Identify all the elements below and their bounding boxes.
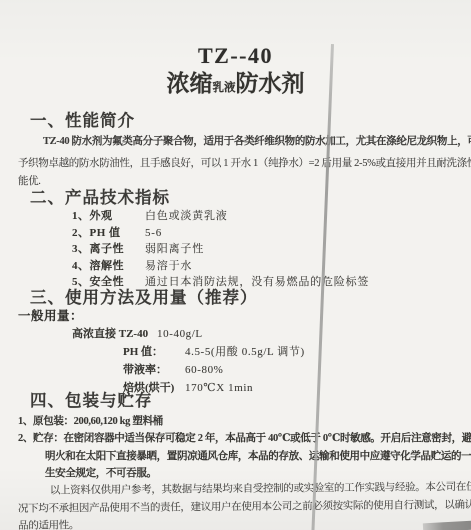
usage-value: 170℃X 1min	[185, 379, 253, 397]
performance-paragraph-line-3: 能优.	[18, 175, 471, 188]
spec-value: 易溶于水	[145, 258, 192, 275]
usage-value: 4.5-5(用酸 0.5g/L 调节)	[185, 343, 305, 361]
product-code-title: TZ--40	[0, 43, 471, 69]
usage-value: 10-40g/L	[157, 325, 203, 343]
usage-label: PH 值：	[123, 343, 185, 361]
section-heading-performance: 一、性能简介	[30, 111, 471, 131]
spec-row-ph: 2、PH 值 5-6	[0, 225, 471, 242]
scan-corner-artifact	[423, 521, 471, 530]
spec-label: 3、离子性	[72, 241, 145, 258]
spec-value: 弱阳离子性	[145, 241, 204, 258]
spec-label: 4、溶解性	[72, 258, 145, 275]
usage-value: 60-80%	[185, 361, 223, 379]
usage-label: 带液率：	[123, 361, 185, 379]
spec-value: 5-6	[145, 225, 162, 242]
packaging-line-3: 明火和在太阳下直接暴晒，置阴凉通风仓库，本品的存放、运输和使用中应遵守化学品贮运…	[18, 448, 471, 466]
spec-label: 1、外观	[72, 208, 145, 225]
spec-row-appearance: 1、外观 白色或淡黄乳液	[0, 208, 471, 225]
usage-row-ph: PH 值： 4.5-5(用酸 0.5g/L 调节)	[0, 343, 471, 361]
usage-row-dosage: 高浓直接 TZ-40 10-40g/L	[0, 325, 471, 343]
performance-paragraph-line-1: TZ-40 防水剂为氟类高分子聚合物，适用于各类纤维织物的防水加工，尤其在涤纶尼…	[18, 131, 471, 153]
packaging-line-2: 2、贮存：在密闭容器中适当保存可稳定 2 年，本品高于 40℃或低于 0℃时敏感…	[18, 430, 471, 448]
disclaimer-paragraph: 以上资料仅供用户参考，其数据与结果均来自受控制的或实验室的工作实践与经验。本公司…	[0, 478, 471, 530]
usage-subheading: 一般用量：	[18, 308, 471, 325]
spec-label: 2、PH 值	[72, 225, 145, 242]
usage-row-liquor-rate: 带液率： 60-80%	[0, 361, 471, 379]
performance-paragraph-line-2: 予织物卓越的防水防油性，且手感良好，可以 1 开水 1（纯挣水）=2 后用量 2…	[18, 153, 471, 175]
usage-label: 高浓直接 TZ-40	[72, 325, 157, 343]
subtitle-suffix: 防水剂	[236, 71, 305, 96]
product-name-title: 浓缩乳液防水剂	[0, 69, 471, 103]
subtitle-prefix: 浓缩	[167, 71, 213, 96]
spec-row-ionicity: 3、离子性 弱阳离子性	[0, 241, 471, 258]
packaging-line-1: 1、原包装：200,60,120 kg 塑料桶	[18, 413, 471, 431]
scanned-document: TZ--40 浓缩乳液防水剂 一、性能简介 TZ-40 防水剂为氟类高分子聚合物…	[0, 0, 471, 530]
packaging-paragraph: 1、原包装：200,60,120 kg 塑料桶 2、贮存：在密闭容器中适当保存可…	[0, 413, 471, 483]
spec-row-solubility: 4、溶解性 易溶于水	[0, 258, 471, 275]
subtitle-small-text: 乳液	[213, 82, 236, 94]
section-heading-specs: 二、产品技术指标	[30, 188, 471, 208]
section-heading-usage: 三、使用方法及用量（推荐）	[30, 288, 471, 308]
document-header: TZ--40 浓缩乳液防水剂	[0, 0, 471, 103]
spec-value: 白色或淡黄乳液	[145, 208, 228, 225]
